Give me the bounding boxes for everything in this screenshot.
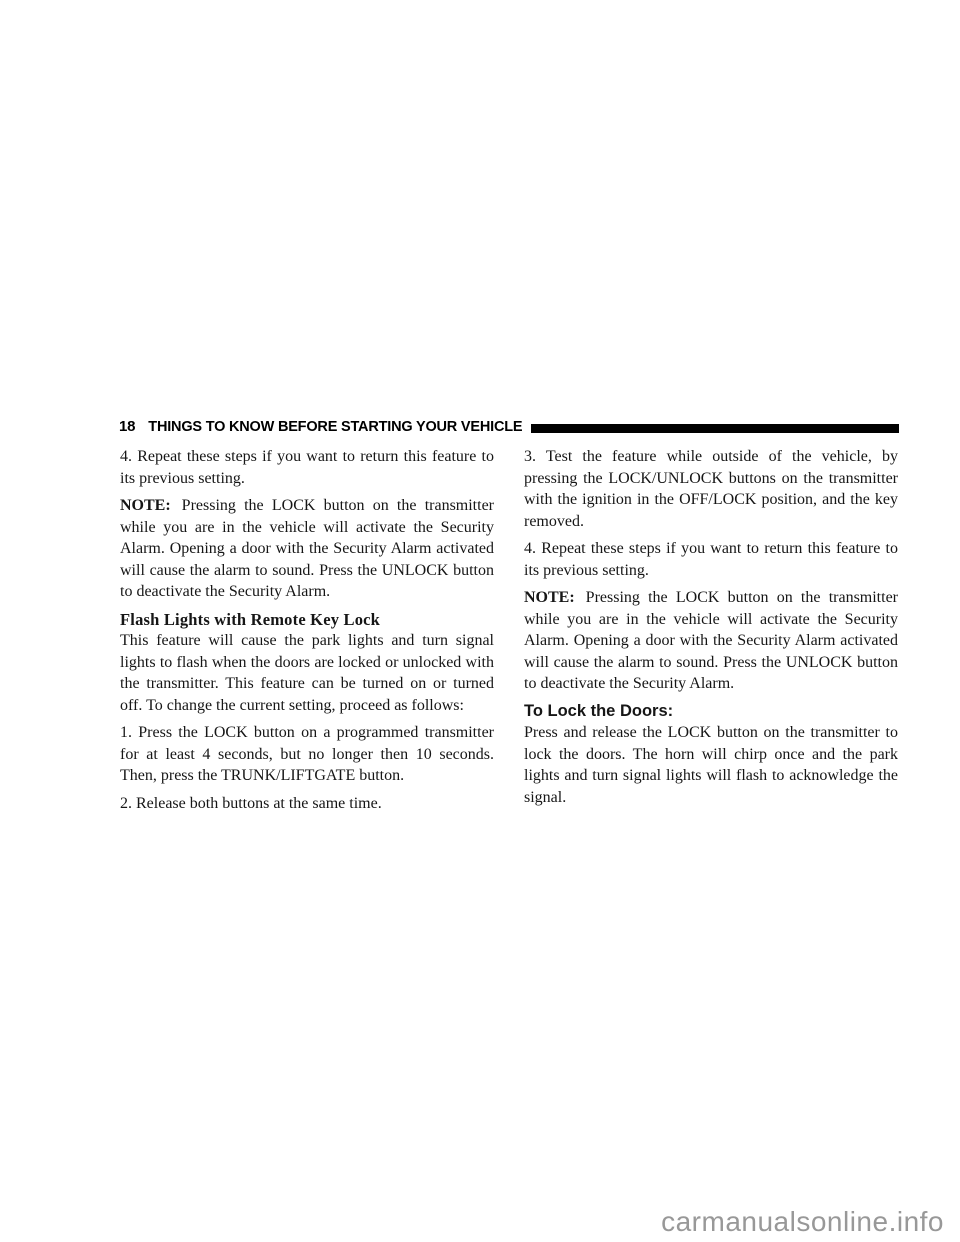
note-label: NOTE: <box>524 589 586 606</box>
page-number: 18 <box>119 418 135 435</box>
header-rule <box>531 424 899 433</box>
left-column: 4. Repeat these steps if you want to ret… <box>120 446 494 820</box>
page-header: 18 THINGS TO KNOW BEFORE STARTING YOUR V… <box>119 418 899 435</box>
section-heading-to-lock-doors: To Lock the Doors: <box>524 701 898 723</box>
step-item-3: 3. Test the feature while outside of the… <box>524 446 898 532</box>
to-lock-doors-body: Press and release the LOCK button on the… <box>524 722 898 808</box>
note-paragraph: NOTE:Pressing the LOCK button on the tra… <box>120 495 494 603</box>
step-item-4-return: 4. Repeat these steps if you want to ret… <box>120 446 494 489</box>
page-body: 4. Repeat these steps if you want to ret… <box>120 446 898 820</box>
watermark: carmanualsonline.info <box>661 1206 944 1238</box>
step-item-4-return: 4. Repeat these steps if you want to ret… <box>524 538 898 581</box>
note-paragraph: NOTE:Pressing the LOCK button on the tra… <box>524 587 898 695</box>
flash-lights-intro: This feature will cause the park lights … <box>120 630 494 716</box>
step-item-2: 2. Release both buttons at the same time… <box>120 793 494 815</box>
right-column: 3. Test the feature while outside of the… <box>524 446 898 820</box>
page-title: THINGS TO KNOW BEFORE STARTING YOUR VEHI… <box>148 419 522 435</box>
note-label: NOTE: <box>120 497 182 514</box>
step-item-1: 1. Press the LOCK button on a programmed… <box>120 722 494 787</box>
section-heading-flash-lights: Flash Lights with Remote Key Lock <box>120 609 494 631</box>
